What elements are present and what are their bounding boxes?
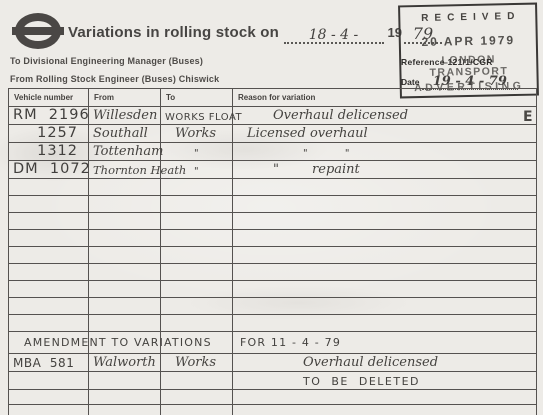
date-dotted-line: 18 - 4 - [284, 24, 384, 44]
empty-row [9, 298, 537, 315]
roundel-bar [12, 27, 64, 35]
table-header-row: Vehicle number From To Reason for variat… [9, 89, 537, 107]
form-title-line: Variations in rolling stock on 18 - 4 -1… [68, 22, 442, 44]
empty-row [9, 315, 537, 332]
empty-row [9, 213, 537, 230]
table-row: TO BE DELETED [9, 372, 537, 390]
variations-table: Vehicle number From To Reason for variat… [8, 88, 537, 415]
from-value: Walworth [89, 354, 161, 372]
table-row: 1312 Tottenham " " " [9, 143, 537, 161]
col-header-from: From [89, 89, 161, 107]
reason-value: Overhaul delicensed [233, 354, 537, 372]
table-row: RM 2196 Willesden WORKS FLOAT Overhaul d… [9, 107, 537, 125]
to-line: To Divisional Engineering Manager (Buses… [10, 56, 203, 66]
empty-row [9, 405, 537, 415]
col-header-reason: Reason for variation [233, 89, 537, 107]
from-value: Willesden [89, 107, 161, 125]
stamp-date: 20 APR 1979 [401, 33, 536, 50]
stamp-overlay-typed: Reference 121/1/CGR Date 19 - 4 - 79 [401, 57, 537, 90]
table-row: MBA 581 Walworth Works Overhaul delicens… [9, 354, 537, 372]
from-value: Southall [89, 125, 161, 143]
empty-row [9, 196, 537, 213]
to-ditto: " [161, 143, 233, 161]
form-title: Variations in rolling stock on [68, 24, 279, 41]
table-row: 1257 Southall Works Licensed overhaul [9, 125, 537, 143]
amendment-right-text: FOR 11 - 4 - 79 [240, 336, 341, 349]
col-header-to: To [161, 89, 233, 107]
vehicle-number: MBA 581 [9, 354, 89, 372]
table-row: DM 1072 Thornton Heath " " repaint [9, 161, 537, 179]
date-label: Date [401, 77, 419, 87]
stamp-received-text: RECEIVED [400, 11, 535, 25]
empty-row [9, 179, 537, 196]
reference-number: Reference 121/1/CGR [401, 57, 537, 67]
reason-ditto: " " [233, 143, 537, 161]
scanned-form-page: Variations in rolling stock on 18 - 4 -1… [0, 0, 543, 415]
amendment-heading: AMENDMENT TO VARIATIONS FOR 11 - 4 - 79 [24, 336, 529, 349]
to-value: Works [161, 125, 233, 143]
vehicle-number: 1312 [9, 143, 89, 161]
vehicle-number: RM 2196 [9, 107, 89, 125]
handwritten-date: 18 - 4 - [309, 27, 359, 43]
to-value: Works [161, 354, 233, 372]
from-value: Tottenham [89, 143, 161, 161]
handwritten-received-date: 19 - 4 - 79 [433, 74, 507, 89]
reason-value: Overhaul delicensed [233, 107, 537, 125]
london-transport-roundel-icon [12, 13, 64, 49]
empty-row [9, 264, 537, 281]
empty-row [9, 281, 537, 298]
from-line: From Rolling Stock Engineer (Buses) Chis… [10, 74, 219, 84]
reason-value: " repaint [233, 161, 537, 179]
vehicle-number: 1257 [9, 125, 89, 143]
reason-value: Licensed overhaul [233, 125, 537, 143]
col-header-vehicle: Vehicle number [9, 89, 89, 107]
vehicle-number: DM 1072 [9, 161, 89, 179]
amendment-left-text: AMENDMENT TO VARIATIONS [24, 336, 212, 349]
empty-row [9, 230, 537, 247]
from-value: Thornton Heath [89, 161, 161, 179]
reason-note: TO BE DELETED [233, 372, 537, 390]
empty-row [9, 247, 537, 264]
empty-row [9, 390, 537, 405]
to-value: WORKS FLOAT [161, 107, 233, 125]
